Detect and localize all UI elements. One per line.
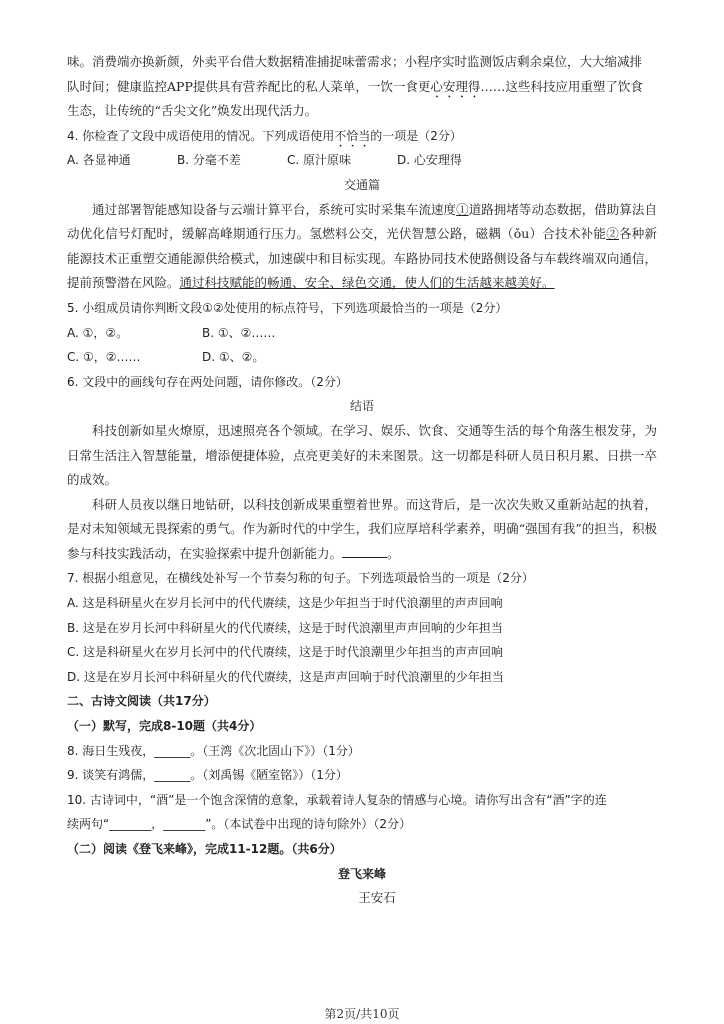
option-c: C. ①，②…… [67, 345, 202, 370]
option-a: A. ①，②。 [67, 321, 202, 346]
poem-title: 登飞来峰 [67, 862, 657, 887]
diet-paragraph-line-2: 队时间；健康监控APP提供具有营养配比的私人菜单，一饮一食更心安理得……这些科技… [67, 75, 657, 100]
text-segment: 队时间；健康监控APP提供具有营养配比的私人菜单，一饮一食更 [67, 79, 430, 94]
diet-paragraph-line-3: 生态，让传统的“舌尖文化”焕发出现代活力。 [67, 99, 657, 124]
text-segment: 。 [387, 546, 400, 561]
page-number: 第2页/共10页 [0, 1005, 724, 1022]
question-7-option-c: C. 这是科研星火在岁月长河中的代代赓续，这是于时代浪潮里少年担当的声声回响 [67, 640, 657, 665]
subsection-2-title: （二）阅读《登飞来峰》，完成11-12题。（共6分） [67, 837, 657, 862]
answer-blank[interactable] [342, 543, 387, 558]
poem-author: 王安石 [67, 886, 657, 911]
question-5-options-row-1: A. ①，②。 B. ①、②…… [67, 321, 657, 346]
text-segment: 4. 你检查了文段中成语使用的情况。下列成语使用 [67, 129, 334, 143]
question-5-options-row-2: C. ①，②…… D. ①、②。 [67, 345, 657, 370]
section-title-conclusion: 结语 [67, 394, 657, 419]
question-7-stem: 7. 根据小组意见，在横线处补写一个节奏匀称的句子。下列选项最恰当的一项是（2分… [67, 566, 657, 591]
part-2-title: 二、古诗文阅读（共17分） [67, 689, 657, 714]
option-b: B. ①、②…… [202, 321, 275, 346]
conclusion-paragraph-2: 科研人员夜以继日地钻研，以科技创新成果重塑着世界。而这背后，是一次次失败又重新站… [67, 493, 657, 567]
text-segment: 的一项是（2分） [370, 129, 462, 143]
emphasized-idiom: 心安理得 [430, 79, 480, 94]
question-7-option-d: D. 这是在岁月长河中科研星火的代代赓续，这是声声回响于时代浪潮里的少年担当 [67, 665, 657, 690]
exam-page: 味。消费端亦换新颜，外卖平台借大数据精准捕捉味蕾需求；小程序实时监测饭店剩余桌位… [67, 50, 657, 911]
subsection-1-title: （一）默写，完成8-10题（共4分） [67, 714, 657, 739]
traffic-paragraph: 通过部署智能感知设备与云端计算平台，系统可实时采集车流速度①道路拥堵等动态数据，… [67, 198, 657, 296]
question-7-option-a: A. 这是科研星火在岁月长河中的代代赓续，这是少年担当于时代浪潮里的声声回响 [67, 591, 657, 616]
question-5-stem: 5. 小组成员请你判断文段①②处使用的标点符号，下列选项最恰当的一项是（2分） [67, 296, 657, 321]
option-d: D. 心安理得 [397, 148, 462, 173]
option-c: C. 原汁原味 [287, 148, 397, 173]
question-6-stem: 6. 文段中的画线句存在两处问题，请你修改。（2分） [67, 370, 657, 395]
question-9: 9. 谈笑有鸿儒，______。（刘禹锡《陋室铭》）（1分） [67, 763, 657, 788]
diet-paragraph-line-1: 味。消费端亦换新颜，外卖平台借大数据精准捕捉味蕾需求；小程序实时监测饭店剩余桌位… [67, 50, 657, 75]
blank-2: ② [606, 226, 619, 241]
option-a: A. 各显神通 [67, 148, 177, 173]
emphasized-word: 不恰当 [334, 129, 370, 143]
question-8: 8. 海日生残夜，______。（王湾《次北固山下》）（1分） [67, 739, 657, 764]
text-segment: ……这些科技应用重塑了饮食 [480, 79, 643, 94]
conclusion-paragraph-1: 科技创新如星火燎原，迅速照亮各个领域。在学习、娱乐、饮食、交通等生活的每个角落生… [67, 419, 657, 493]
option-b: B. 分毫不差 [177, 148, 287, 173]
question-4-stem: 4. 你检查了文段中成语使用的情况。下列成语使用不恰当的一项是（2分） [67, 124, 657, 149]
text-segment: 通过部署智能感知设备与云端计算平台，系统可实时采集车流速度 [92, 202, 456, 217]
section-title-traffic: 交通篇 [67, 173, 657, 198]
question-4-options: A. 各显神通 B. 分毫不差 C. 原汁原味 D. 心安理得 [67, 148, 657, 173]
underlined-sentence: 通过科技赋能的畅通、安全、绿色交通，使人们的生活越来越美好。 [180, 275, 555, 290]
question-10-line-1: 10. 古诗词中，“酒”是一个饱含深情的意象，承载着诗人复杂的情感与心境。请你写… [67, 788, 657, 813]
question-7-option-b: B. 这是在岁月长河中科研星火的代代赓续，这是于时代浪潮里声声回响的少年担当 [67, 616, 657, 641]
question-10-line-2: 续两句“_______，_______”。（本试卷中出现的诗句除外）（2分） [67, 812, 657, 837]
blank-1: ① [456, 202, 469, 217]
option-d: D. ①、②。 [202, 345, 264, 370]
